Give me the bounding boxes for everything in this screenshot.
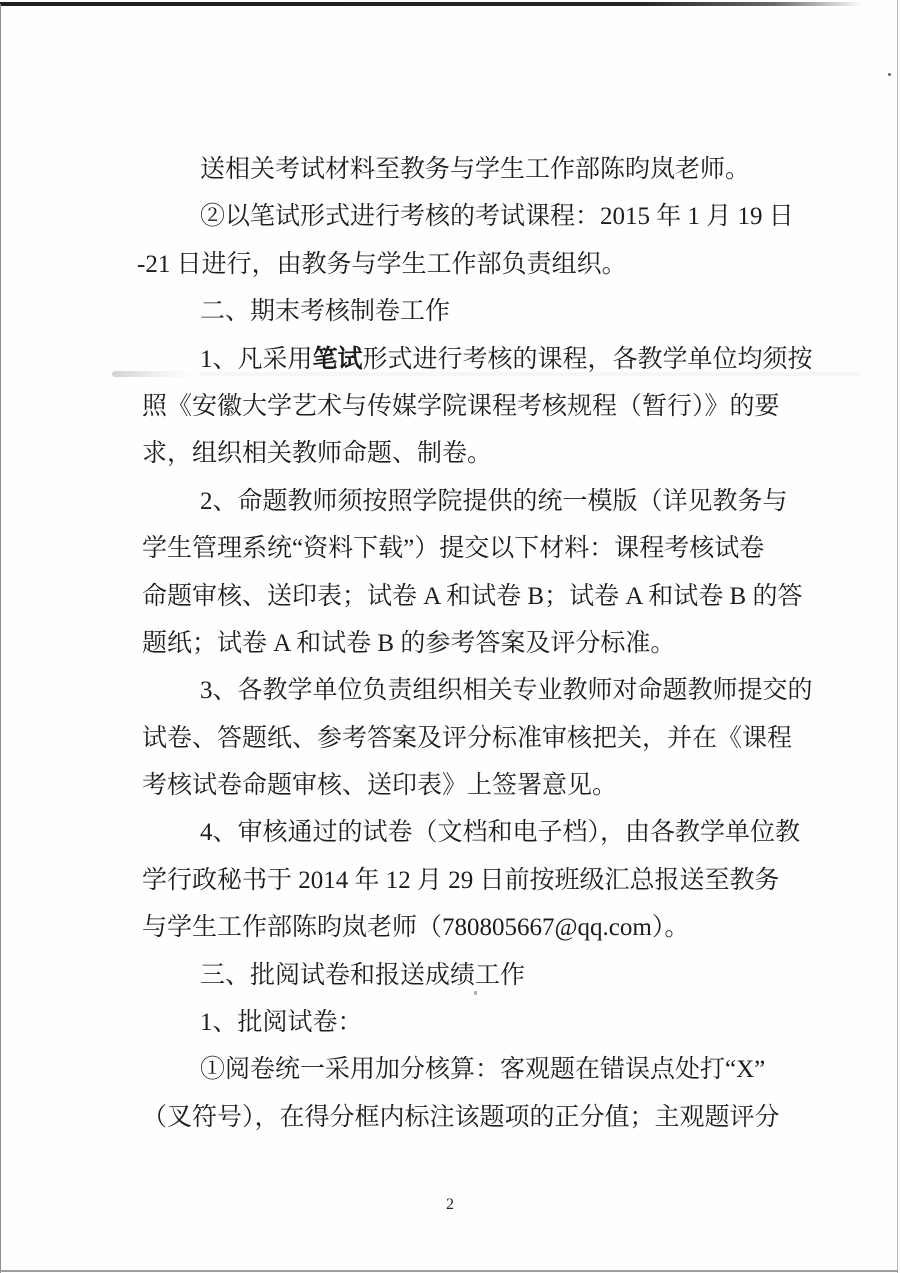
doc-line: 试卷、答题纸、参考答案及评分标准审核把关，并在《课程 bbox=[142, 715, 790, 762]
doc-line: 求，组织相关教师命题、制卷。 bbox=[142, 430, 790, 477]
doc-line-segment: 形式进行考核的课程，各教学单位均须按 bbox=[363, 346, 813, 373]
doc-line: 学生管理系统“资料下载”）提交以下材料：课程考核试卷 bbox=[142, 525, 790, 572]
doc-line: 题纸；试卷 A 和试卷 B 的参考答案及评分标准。 bbox=[142, 620, 790, 667]
document-body: 送相关考试材料至教务与学生工作部陈昀岚老师。 ②以笔试形式进行考核的考试课程：2… bbox=[142, 146, 790, 1141]
doc-section-heading: 三、批阅试卷和报送成绩工作 bbox=[142, 952, 790, 999]
doc-line: 照《安徽大学艺术与传媒学院课程考核规程（暂行）》的要 bbox=[142, 383, 790, 430]
doc-line: 送相关考试材料至教务与学生工作部陈昀岚老师。 bbox=[142, 146, 790, 193]
doc-line: 3、各教学单位负责组织相关专业教师对命题教师提交的 bbox=[142, 667, 790, 714]
scan-speck bbox=[888, 73, 891, 76]
doc-line: 1、批阅试卷： bbox=[142, 999, 790, 1046]
doc-section-heading: 二、期末考核制卷工作 bbox=[142, 288, 790, 335]
scanned-document-page: 送相关考试材料至教务与学生工作部陈昀岚老师。 ②以笔试形式进行考核的考试课程：2… bbox=[0, 0, 900, 1273]
doc-line: -21 日进行，由教务与学生工作部负责组织。 bbox=[137, 241, 790, 288]
scan-top-edge-bar bbox=[0, 2, 880, 6]
doc-line: （叉符号），在得分框内标注该题项的正分值；主观题评分 bbox=[142, 1094, 790, 1141]
doc-line: 2、命题教师须按照学院提供的统一模版（详见教务与 bbox=[142, 478, 790, 525]
doc-line: ②以笔试形式进行考核的考试课程：2015 年 1 月 19 日 bbox=[142, 193, 790, 240]
doc-line: 与学生工作部陈昀岚老师（780805667@qq.com）。 bbox=[142, 904, 790, 951]
scan-left-edge-line bbox=[0, 4, 1, 1273]
doc-line: ①阅卷统一采用加分核算：客观题在错误点处打“X” bbox=[142, 1046, 790, 1093]
doc-line: 考核试卷命题审核、送印表》上签署意见。 bbox=[142, 762, 790, 809]
doc-line-segment: 1、凡采用 bbox=[200, 346, 313, 373]
doc-line: 1、凡采用笔试形式进行考核的课程，各教学单位均须按 bbox=[142, 336, 790, 383]
page-number: 2 bbox=[0, 1196, 900, 1214]
doc-line: 学行政秘书于 2014 年 12 月 29 日前按班级汇总报送至教务 bbox=[142, 857, 790, 904]
doc-line: 4、审核通过的试卷（文档和电子档），由各教学单位教 bbox=[142, 809, 790, 856]
scan-bottom-edge-line bbox=[0, 1270, 898, 1272]
doc-line: 命题审核、送印表；试卷 A 和试卷 B；试卷 A 和试卷 B 的答 bbox=[142, 573, 790, 620]
doc-line-bold-segment: 笔试 bbox=[313, 346, 363, 373]
scan-right-edge-line bbox=[897, 0, 898, 1273]
